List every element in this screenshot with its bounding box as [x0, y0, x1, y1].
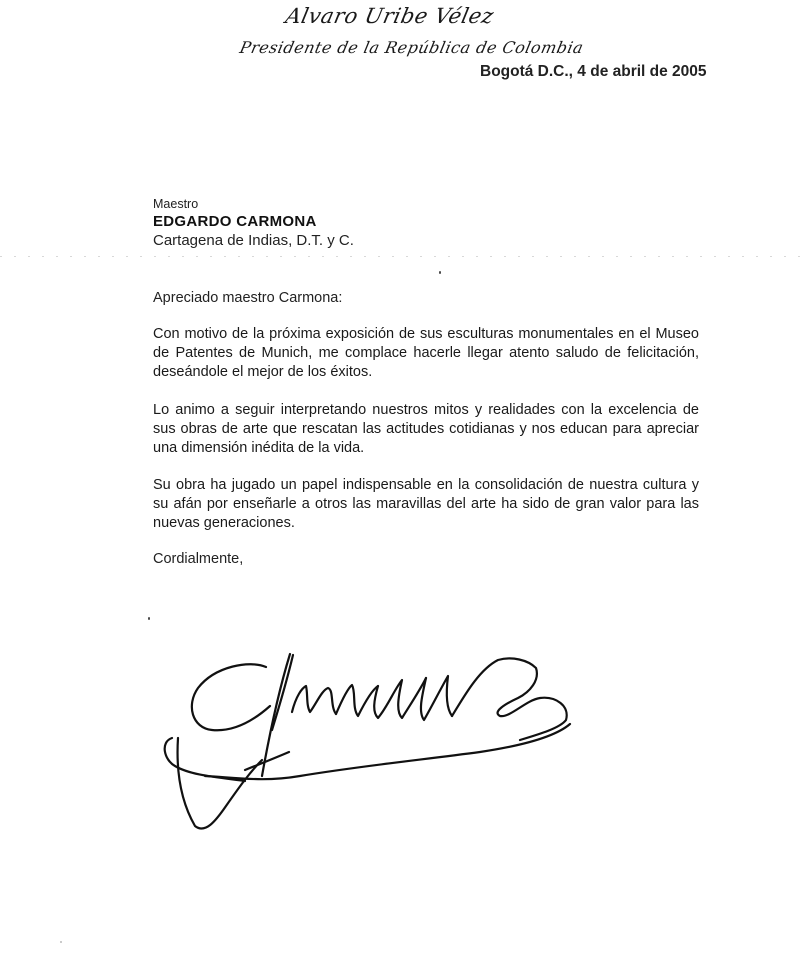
body-paragraph-3: Su obra ha jugado un papel indispensable… — [153, 476, 699, 533]
scan-speck — [148, 617, 150, 620]
recipient-location: Cartagena de Indias, D.T. y C. — [153, 232, 354, 249]
body-paragraph-2: Lo animo a seguir interpretando nuestros… — [153, 401, 699, 458]
letter-page: Alvaro Uribe Vélez Presidente de la Repú… — [0, 0, 800, 960]
recipient-salutation-title: Maestro — [153, 197, 198, 211]
letter-date: Bogotá D.C., 4 de abril de 2005 — [480, 63, 707, 81]
letterhead-name: Alvaro Uribe Vélez — [283, 4, 496, 28]
scan-artifact-line — [0, 256, 800, 257]
letter-closing: Cordialmente, — [153, 551, 243, 567]
scan-speck — [60, 941, 62, 943]
body-paragraph-1: Con motivo de la próxima exposición de s… — [153, 325, 699, 382]
letter-greeting: Apreciado maestro Carmona: — [153, 290, 342, 306]
recipient-name: EDGARDO CARMONA — [153, 213, 317, 230]
letterhead-title: Presidente de la República de Colombia — [238, 38, 585, 57]
scan-speck — [439, 271, 441, 274]
